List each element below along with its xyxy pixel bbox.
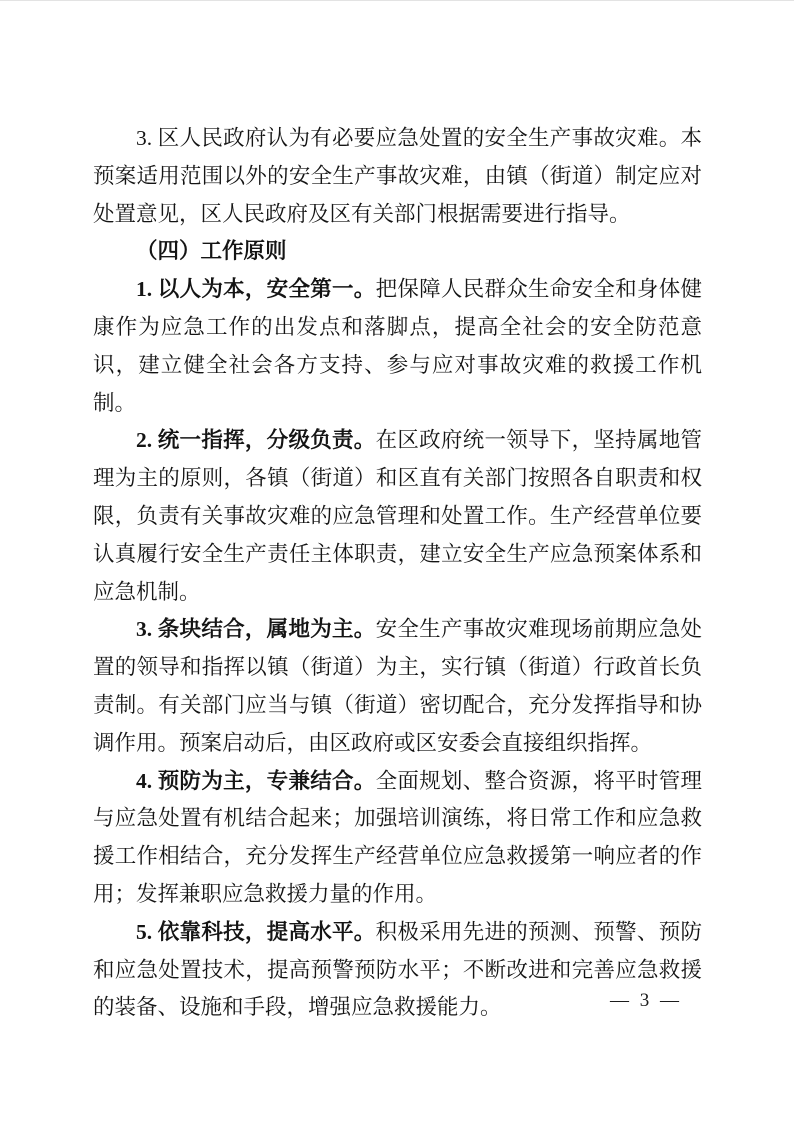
principle-lead: 1. 以人为本，安全第一。 bbox=[136, 277, 376, 301]
document-body: 3. 区人民政府认为有必要应急处置的安全生产事故灾难。本预案适用范围以外的安全生… bbox=[93, 120, 702, 1027]
paragraph-applicability-item-3: 3. 区人民政府认为有必要应急处置的安全生产事故灾难。本预案适用范围以外的安全生… bbox=[93, 120, 702, 233]
paragraph-principle-4: 4. 预防为主，专兼结合。全面规划、整合资源，将平时管理与应急处置有机结合起来；… bbox=[93, 763, 702, 914]
principle-lead: 3. 条块结合，属地为主。 bbox=[136, 617, 376, 641]
heading-text: （四）工作原则 bbox=[136, 239, 287, 263]
principle-lead: 2. 统一指挥，分级负责。 bbox=[136, 428, 376, 452]
paragraph-principle-1: 1. 以人为本，安全第一。把保障人民群众生命安全和身体健康作为应急工作的出发点和… bbox=[93, 271, 702, 422]
page-number: — 3 — bbox=[610, 987, 682, 1015]
paragraph-principle-2: 2. 统一指挥，分级负责。在区政府统一领导下，坚持属地管理为主的原则，各镇（街道… bbox=[93, 422, 702, 611]
paragraph-text: 在区政府统一领导下，坚持属地管理为主的原则，各镇（街道）和区直有关部门按照各自职… bbox=[93, 428, 702, 603]
document-page: 3. 区人民政府认为有必要应急处置的安全生产事故灾难。本预案适用范围以外的安全生… bbox=[0, 0, 794, 1123]
paragraph-principle-3: 3. 条块结合，属地为主。安全生产事故灾难现场前期应急处置的领导和指挥以镇（街道… bbox=[93, 611, 702, 762]
principle-lead: 5. 依靠科技，提高水平。 bbox=[136, 920, 376, 944]
principle-lead: 4. 预防为主，专兼结合。 bbox=[136, 769, 376, 793]
section-heading-work-principles: （四）工作原则 bbox=[93, 233, 702, 271]
paragraph-text: 3. 区人民政府认为有必要应急处置的安全生产事故灾难。本预案适用范围以外的安全生… bbox=[93, 126, 702, 226]
